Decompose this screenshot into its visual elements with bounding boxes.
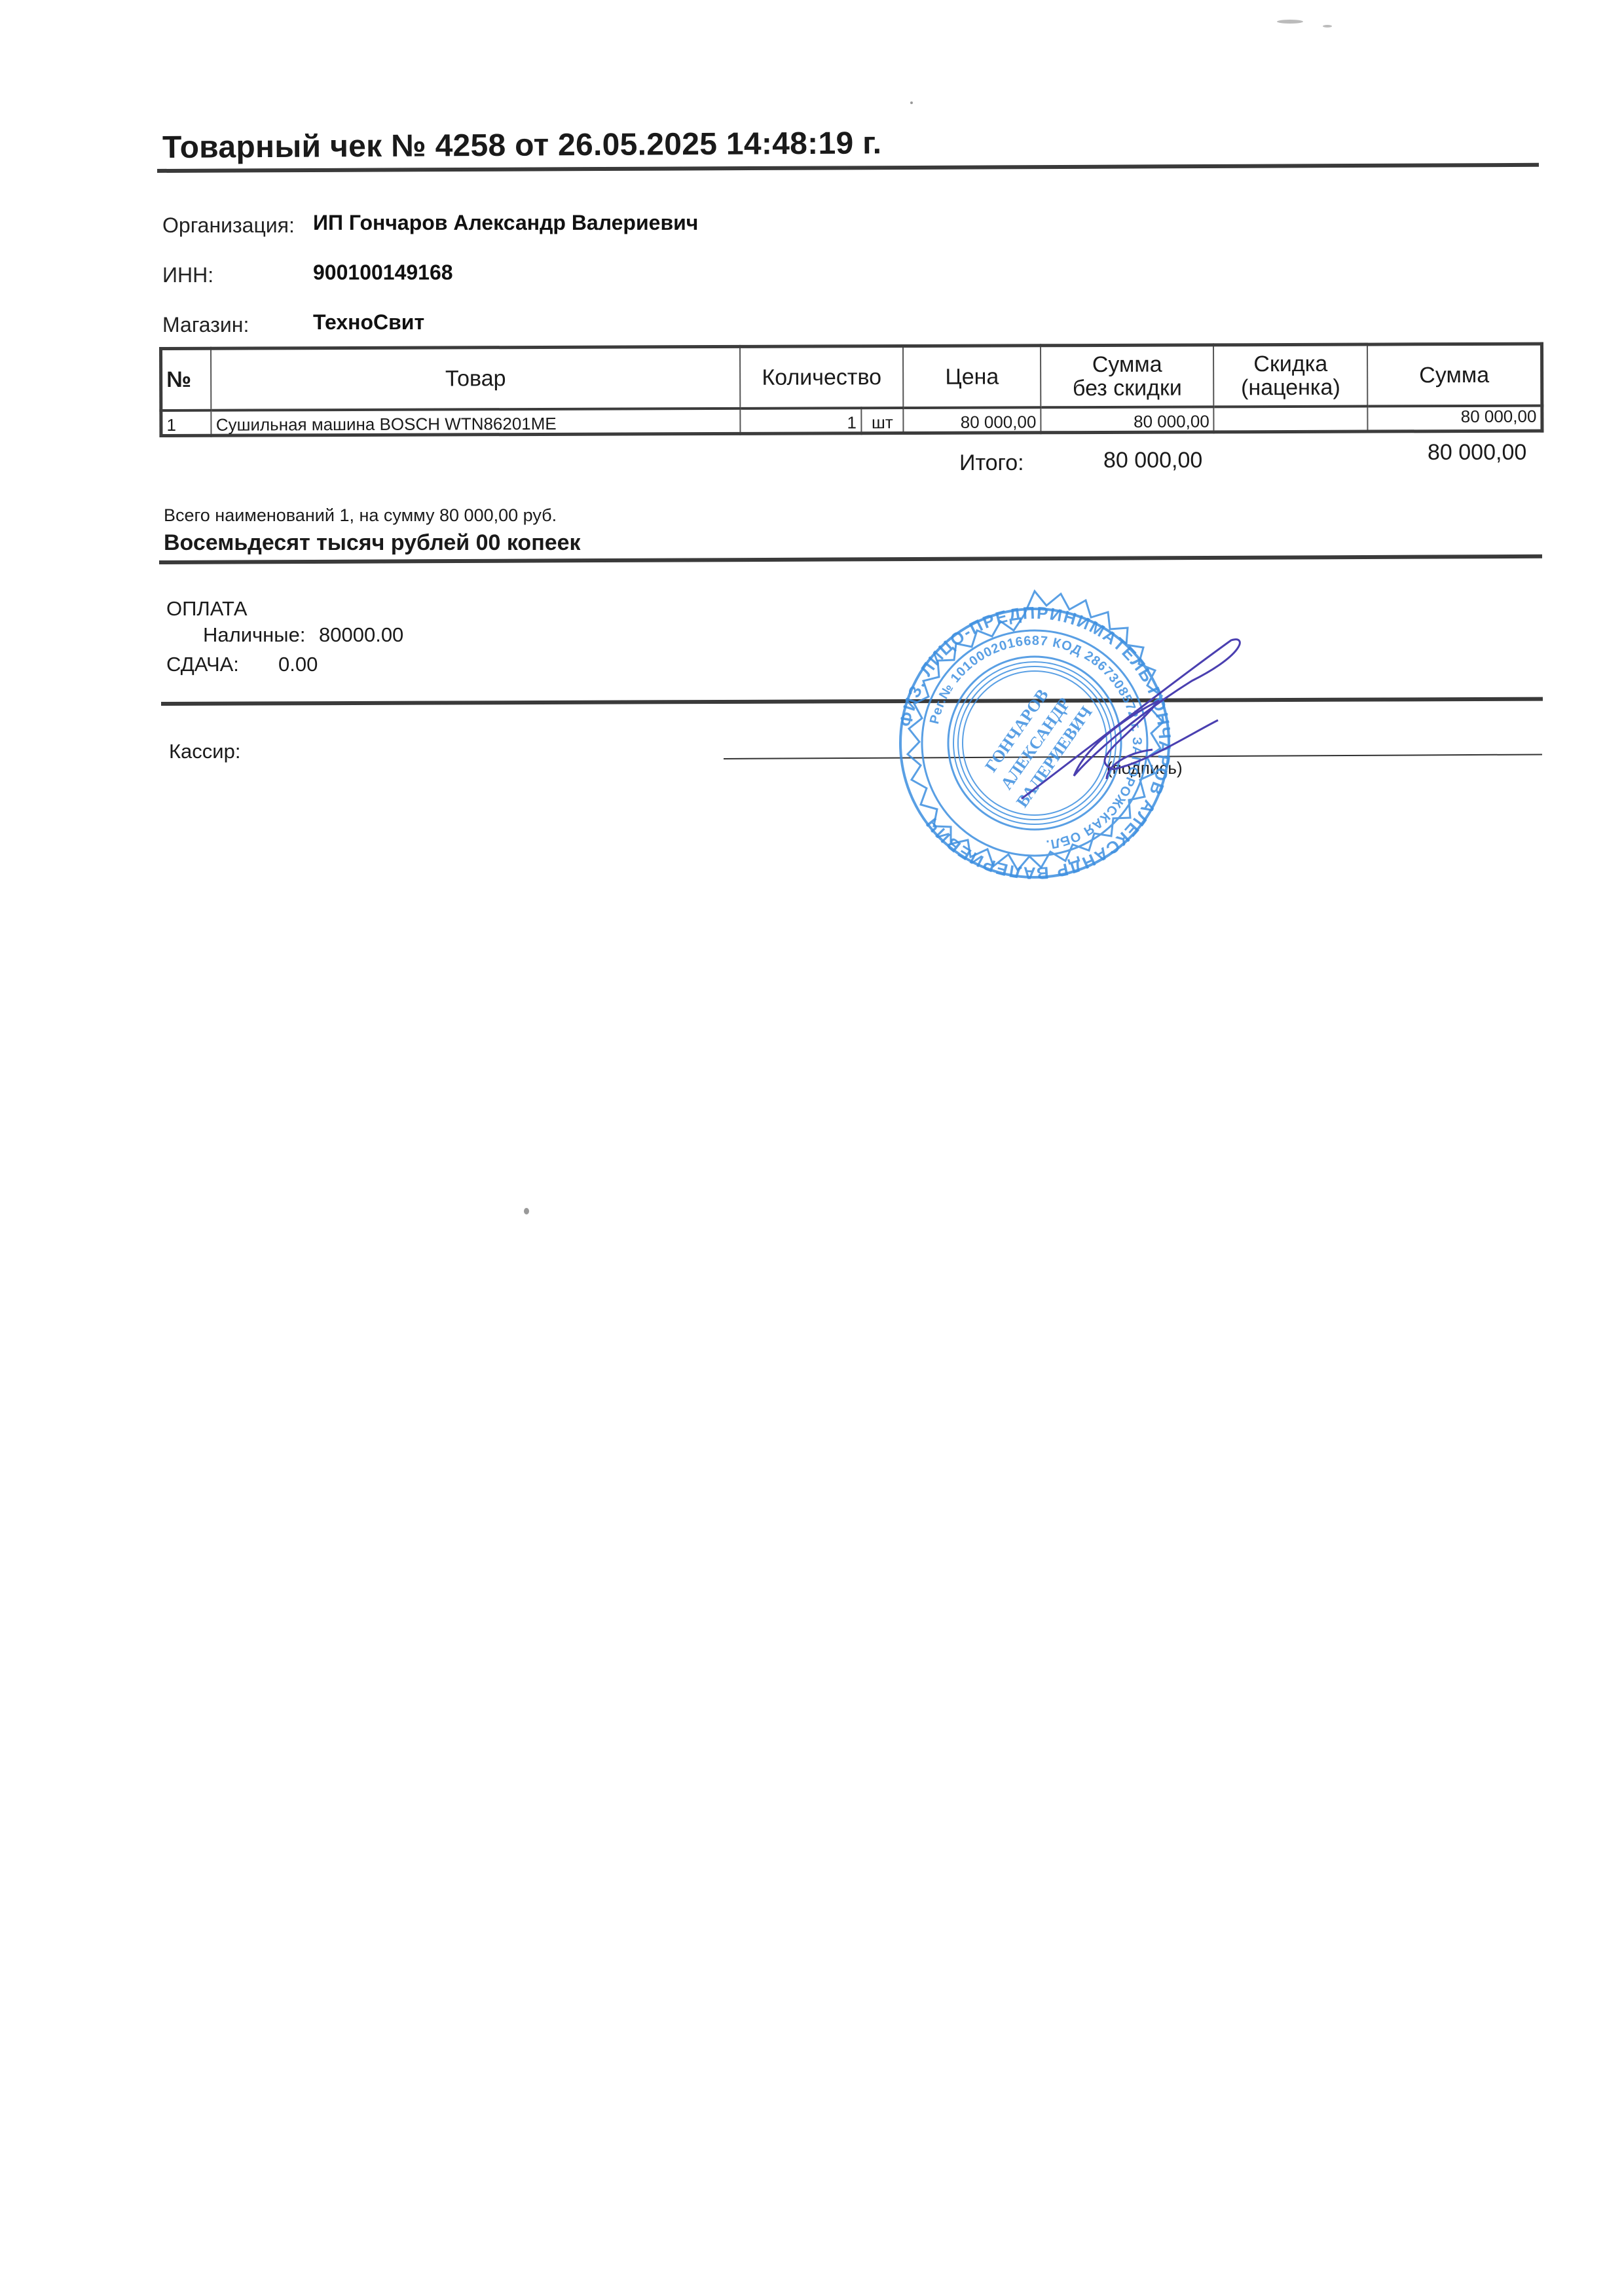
change-label: СДАЧА: (166, 653, 239, 676)
payment-heading: ОПЛАТА (166, 597, 248, 621)
col-header-sum-no-discount-line2: без скидки (1045, 376, 1209, 400)
payment-cash-value: 80000.00 (319, 623, 403, 647)
store-value: ТехноСвит (313, 310, 424, 335)
col-header-discount-line1: Скидка (1218, 352, 1363, 376)
totals-sum: 80 000,00 (1428, 440, 1526, 465)
payment-cash-label: Наличные: (203, 623, 305, 647)
col-header-price: Цена (903, 346, 1041, 408)
cell-qty: 1 (740, 408, 861, 433)
col-header-discount-line2: (наценка) (1219, 376, 1363, 400)
scan-speck (524, 1208, 529, 1214)
scan-speck (1277, 20, 1303, 24)
inn-label: ИНН: (162, 263, 213, 287)
col-header-no: № (161, 348, 212, 410)
summary-rule (159, 555, 1542, 564)
change-value: 0.00 (278, 653, 318, 676)
handwritten-signature-icon (995, 629, 1270, 812)
cell-price: 80 000,00 (904, 407, 1041, 433)
scan-speck (910, 101, 913, 104)
store-label: Магазин: (162, 313, 249, 337)
table-row: 1 Сушильная машина BOSCH WTN86201ME 1 шт… (161, 406, 1542, 436)
receipt-title: Товарный чек № 4258 от 26.05.2025 14:48:… (162, 125, 882, 166)
organization-label: Организация: (162, 213, 295, 238)
col-header-discount: Скидка (наценка) (1213, 344, 1367, 407)
cell-no: 1 (161, 410, 212, 436)
cell-sum-no-discount: 80 000,00 (1041, 407, 1214, 432)
scan-speck (1323, 25, 1332, 27)
totals-sum-no-discount: 80 000,00 (1103, 448, 1202, 473)
cell-unit: шт (861, 408, 904, 433)
payment-rule (161, 697, 1543, 706)
col-header-sum: Сумма (1367, 344, 1542, 406)
col-header-quantity: Количество (740, 346, 904, 409)
cell-discount (1214, 407, 1368, 432)
organization-value: ИП Гончаров Александр Валериевич (313, 211, 698, 235)
summary-amount-in-words: Восемьдесят тысяч рублей 00 копеек (164, 530, 581, 556)
cell-item: Сушильная машина BOSCH WTN86201ME (212, 409, 740, 435)
table-header-row: № Товар Количество Цена Сумма без скидки… (161, 344, 1542, 410)
items-table: № Товар Количество Цена Сумма без скидки… (159, 342, 1543, 437)
inn-value: 900100149168 (313, 261, 453, 285)
summary-count-line: Всего наименований 1, на сумму 80 000,00… (164, 505, 557, 526)
col-header-item: Товар (211, 346, 740, 410)
col-header-sum-no-discount: Сумма без скидки (1041, 345, 1214, 407)
cashier-label: Кассир: (169, 740, 240, 763)
col-header-sum-no-discount-line1: Сумма (1045, 352, 1209, 376)
cell-sum: 80 000,00 (1367, 406, 1542, 431)
totals-label: Итого: (959, 450, 1024, 476)
